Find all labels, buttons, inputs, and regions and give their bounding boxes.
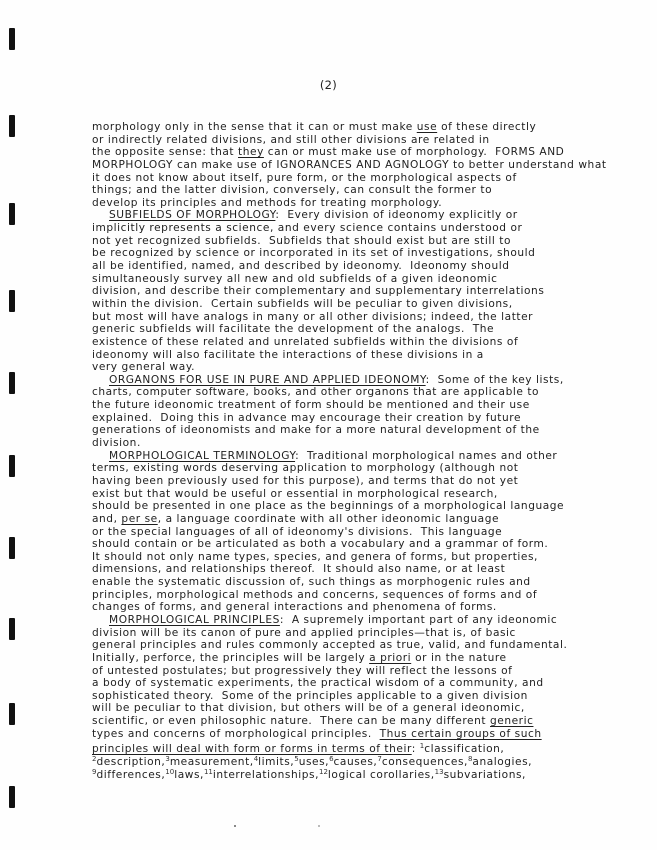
text-line: MORPHOLOGICAL PRINCIPLES: A supremely im… xyxy=(92,614,652,627)
text-line: develop its principles and methods for t… xyxy=(92,197,652,210)
text-run: division, and describe their complementa… xyxy=(92,285,544,297)
text-run: or the special languages of all of ideon… xyxy=(92,526,502,538)
text-run: not yet recognized subfields. Subfields … xyxy=(92,235,511,247)
text-line: things; and the latter division, convers… xyxy=(92,184,652,197)
text-run: subvariations, xyxy=(444,769,526,781)
text-line: should be presented in one place as the … xyxy=(92,500,652,513)
text-line: Initially, perforce, the principles will… xyxy=(92,652,652,665)
text-run: or indirectly related divisions, and sti… xyxy=(92,134,490,146)
text-run: changes of forms, and general interactio… xyxy=(92,601,497,613)
text-run: simultaneously survey all new and old su… xyxy=(92,273,497,285)
text-run: but most will have analogs in many or al… xyxy=(92,311,533,323)
text-run: the future ideonomic treatment of form s… xyxy=(92,399,530,411)
text-run: should contain or be articulated as both… xyxy=(92,538,548,550)
text-run: very general way. xyxy=(92,361,195,373)
text-run: it does not know about itself, pure form… xyxy=(92,172,517,184)
text-run: of untested postulates; but progressivel… xyxy=(92,665,512,677)
paragraph-intro-continued: morphology only in the sense that it can… xyxy=(92,121,652,209)
text-line: generic subfields will facilitate the de… xyxy=(92,323,652,336)
text-run: generic subfields will facilitate the de… xyxy=(92,323,494,335)
text-run: generations of ideonomists and make for … xyxy=(92,424,540,436)
text-run: all be identified, named, and described … xyxy=(92,260,509,272)
text-line: will be peculiar to that division, but o… xyxy=(92,702,652,715)
text-run: or in the nature xyxy=(411,652,506,664)
binding-mark xyxy=(9,115,15,137)
text-run: principles, morphological methods and co… xyxy=(92,589,537,601)
text-line: should contain or be articulated as both… xyxy=(92,538,652,551)
text-line: implicitly represents a science, and eve… xyxy=(92,222,652,235)
text-run: enable the systematic discussion of, suc… xyxy=(92,576,531,588)
text-run: : Some of the key lists, xyxy=(426,374,564,386)
text-line: having been previously used for this pur… xyxy=(92,475,652,488)
text-run: , a language coordinate with all other i… xyxy=(158,513,499,525)
text-run: differences, xyxy=(96,769,165,781)
underlined-text: SUBFIELDS OF MORPHOLOGY xyxy=(109,209,275,221)
text-run: explained. Doing this in advance may enc… xyxy=(92,412,521,424)
text-line: of untested postulates; but progressivel… xyxy=(92,665,652,678)
text-line: the future ideonomic treatment of form s… xyxy=(92,399,652,412)
binding-mark xyxy=(9,455,15,477)
text-line: types and concerns of morphological prin… xyxy=(92,728,652,741)
text-line: a body of systematic experiments, the pr… xyxy=(92,677,652,690)
text-run: ideonomy will also facilitate the intera… xyxy=(92,349,484,361)
text-run: of these directly xyxy=(437,121,536,133)
text-line: division, and describe their complementa… xyxy=(92,285,652,298)
binding-mark xyxy=(9,703,15,725)
text-line: SUBFIELDS OF MORPHOLOGY: Every division … xyxy=(92,209,652,222)
text-line: changes of forms, and general interactio… xyxy=(92,601,652,614)
text-run: charts, computer software, books, and ot… xyxy=(92,386,539,398)
text-run: Initially, perforce, the principles will… xyxy=(92,652,369,664)
text-line: not yet recognized subfields. Subfields … xyxy=(92,235,652,248)
text-run: within the division. Certain subfields w… xyxy=(92,298,513,310)
text-line: very general way. xyxy=(92,361,652,374)
binding-mark xyxy=(9,786,15,808)
text-run: be recognized by science or incorporated… xyxy=(92,247,535,259)
text-line: 2description,3measurement,4limits,5uses,… xyxy=(92,753,652,766)
text-run: implicitly represents a science, and eve… xyxy=(92,222,522,234)
text-line: ideonomy will also facilitate the intera… xyxy=(92,349,652,362)
binding-mark xyxy=(9,372,15,394)
document-page: (2) morphology only in the sense that it… xyxy=(0,0,657,850)
underlined-text: MORPHOLOGICAL TERMINOLOGY xyxy=(109,450,295,462)
text-line: charts, computer software, books, and ot… xyxy=(92,386,652,399)
text-run: : Every division of ideonomy explicitly … xyxy=(275,209,517,221)
text-line: be recognized by science or incorporated… xyxy=(92,247,652,260)
text-run: exist but that would be useful or essent… xyxy=(92,488,498,500)
underlined-text: they xyxy=(238,146,264,158)
body-text: morphology only in the sense that it can… xyxy=(92,121,652,778)
text-line: all be identified, named, and described … xyxy=(92,260,652,273)
text-line: terms, existing words deserving applicat… xyxy=(92,462,652,475)
text-line: principles, morphological methods and co… xyxy=(92,589,652,602)
item-number: 12 xyxy=(319,768,328,776)
text-run: sophisticated theory. Some of the princi… xyxy=(92,690,528,702)
text-line: it does not know about itself, pure form… xyxy=(92,172,652,185)
underlined-text: MORPHOLOGICAL PRINCIPLES xyxy=(109,614,280,626)
text-line: ORGANONS FOR USE IN PURE AND APPLIED IDE… xyxy=(92,374,652,387)
text-line: division. xyxy=(92,437,652,450)
paragraph-subfields: SUBFIELDS OF MORPHOLOGY: Every division … xyxy=(92,209,652,373)
text-line: 9differences,10laws,11interrelationships… xyxy=(92,766,652,779)
binding-mark xyxy=(9,618,15,640)
text-run: terms, existing words deserving applicat… xyxy=(92,462,518,474)
text-line: division will be its canon of pure and a… xyxy=(92,627,652,640)
text-line: dimensions, and relationships thereof. I… xyxy=(92,563,652,576)
underlined-text: ORGANONS FOR USE IN PURE AND APPLIED IDE… xyxy=(109,374,426,386)
text-run: a body of systematic experiments, the pr… xyxy=(92,677,544,689)
text-line: morphology only in the sense that it can… xyxy=(92,121,652,134)
underlined-text: generic xyxy=(490,715,533,727)
item-number: 10 xyxy=(165,768,174,776)
scan-speck xyxy=(318,825,320,827)
text-run: should be presented in one place as the … xyxy=(92,500,564,512)
text-line: existence of these related and unrelated… xyxy=(92,336,652,349)
scan-speck xyxy=(234,825,236,827)
text-line: or indirectly related divisions, and sti… xyxy=(92,134,652,147)
text-run: interrelationships, xyxy=(213,769,319,781)
text-run: types and concerns of morphological prin… xyxy=(92,728,380,740)
text-line: exist but that would be useful or essent… xyxy=(92,488,652,501)
text-line: MORPHOLOGICAL TERMINOLOGY: Traditional m… xyxy=(92,450,652,463)
underlined-text: a priori xyxy=(369,652,411,664)
text-run: develop its principles and methods for t… xyxy=(92,197,442,209)
binding-mark xyxy=(9,28,15,50)
text-run: can or must make use of morphology. FORM… xyxy=(264,146,564,158)
text-run: existence of these related and unrelated… xyxy=(92,336,518,348)
paragraph-organons: ORGANONS FOR USE IN PURE AND APPLIED IDE… xyxy=(92,374,652,450)
text-line: explained. Doing this in advance may enc… xyxy=(92,412,652,425)
text-run: division will be its canon of pure and a… xyxy=(92,627,516,639)
item-number: 13 xyxy=(435,768,444,776)
text-run: scientific, or even philosophic nature. … xyxy=(92,715,490,727)
text-run: division. xyxy=(92,437,141,449)
text-run: MORPHOLOGY can make use of IGNORANCES AN… xyxy=(92,159,607,171)
binding-mark xyxy=(9,290,15,312)
binding-mark xyxy=(9,537,15,559)
text-line: simultaneously survey all new and old su… xyxy=(92,273,652,286)
underlined-text: per se xyxy=(121,513,157,525)
text-run: having been previously used for this pur… xyxy=(92,475,518,487)
text-line: sophisticated theory. Some of the princi… xyxy=(92,690,652,703)
text-run: will be peculiar to that division, but o… xyxy=(92,702,525,714)
text-run: general principles and rules commonly ac… xyxy=(92,639,567,651)
text-run: It should not only name types, species, … xyxy=(92,551,538,563)
text-line: scientific, or even philosophic nature. … xyxy=(92,715,652,728)
text-line: principles will deal with form or forms … xyxy=(92,740,652,753)
text-run: things; and the latter division, convers… xyxy=(92,184,492,196)
page-number: (2) xyxy=(0,78,657,92)
item-number: 11 xyxy=(204,768,213,776)
text-line: the opposite sense: that they can or mus… xyxy=(92,146,652,159)
text-run: : A supremely important part of any ideo… xyxy=(280,614,557,626)
text-run: the opposite sense: that xyxy=(92,146,238,158)
text-line: MORPHOLOGY can make use of IGNORANCES AN… xyxy=(92,159,652,172)
text-line: enable the systematic discussion of, suc… xyxy=(92,576,652,589)
paragraph-principles: MORPHOLOGICAL PRINCIPLES: A supremely im… xyxy=(92,614,652,778)
text-line: generations of ideonomists and make for … xyxy=(92,424,652,437)
text-line: within the division. Certain subfields w… xyxy=(92,298,652,311)
text-line: but most will have analogs in many or al… xyxy=(92,311,652,324)
underlined-text: use xyxy=(417,121,437,133)
text-line: It should not only name types, species, … xyxy=(92,551,652,564)
text-run: logical corollaries, xyxy=(328,769,435,781)
text-run: morphology only in the sense that it can… xyxy=(92,121,417,133)
paragraph-terminology: MORPHOLOGICAL TERMINOLOGY: Traditional m… xyxy=(92,450,652,614)
underlined-text: Thus certain groups of such xyxy=(380,728,542,740)
text-line: and, per se, a language coordinate with … xyxy=(92,513,652,526)
text-line: or the special languages of all of ideon… xyxy=(92,526,652,539)
text-run: laws, xyxy=(174,769,204,781)
text-run: and, xyxy=(92,513,121,525)
text-run: dimensions, and relationships thereof. I… xyxy=(92,563,505,575)
binding-mark xyxy=(9,203,15,225)
text-run: : Traditional morphological names and ot… xyxy=(295,450,557,462)
text-line: general principles and rules commonly ac… xyxy=(92,639,652,652)
